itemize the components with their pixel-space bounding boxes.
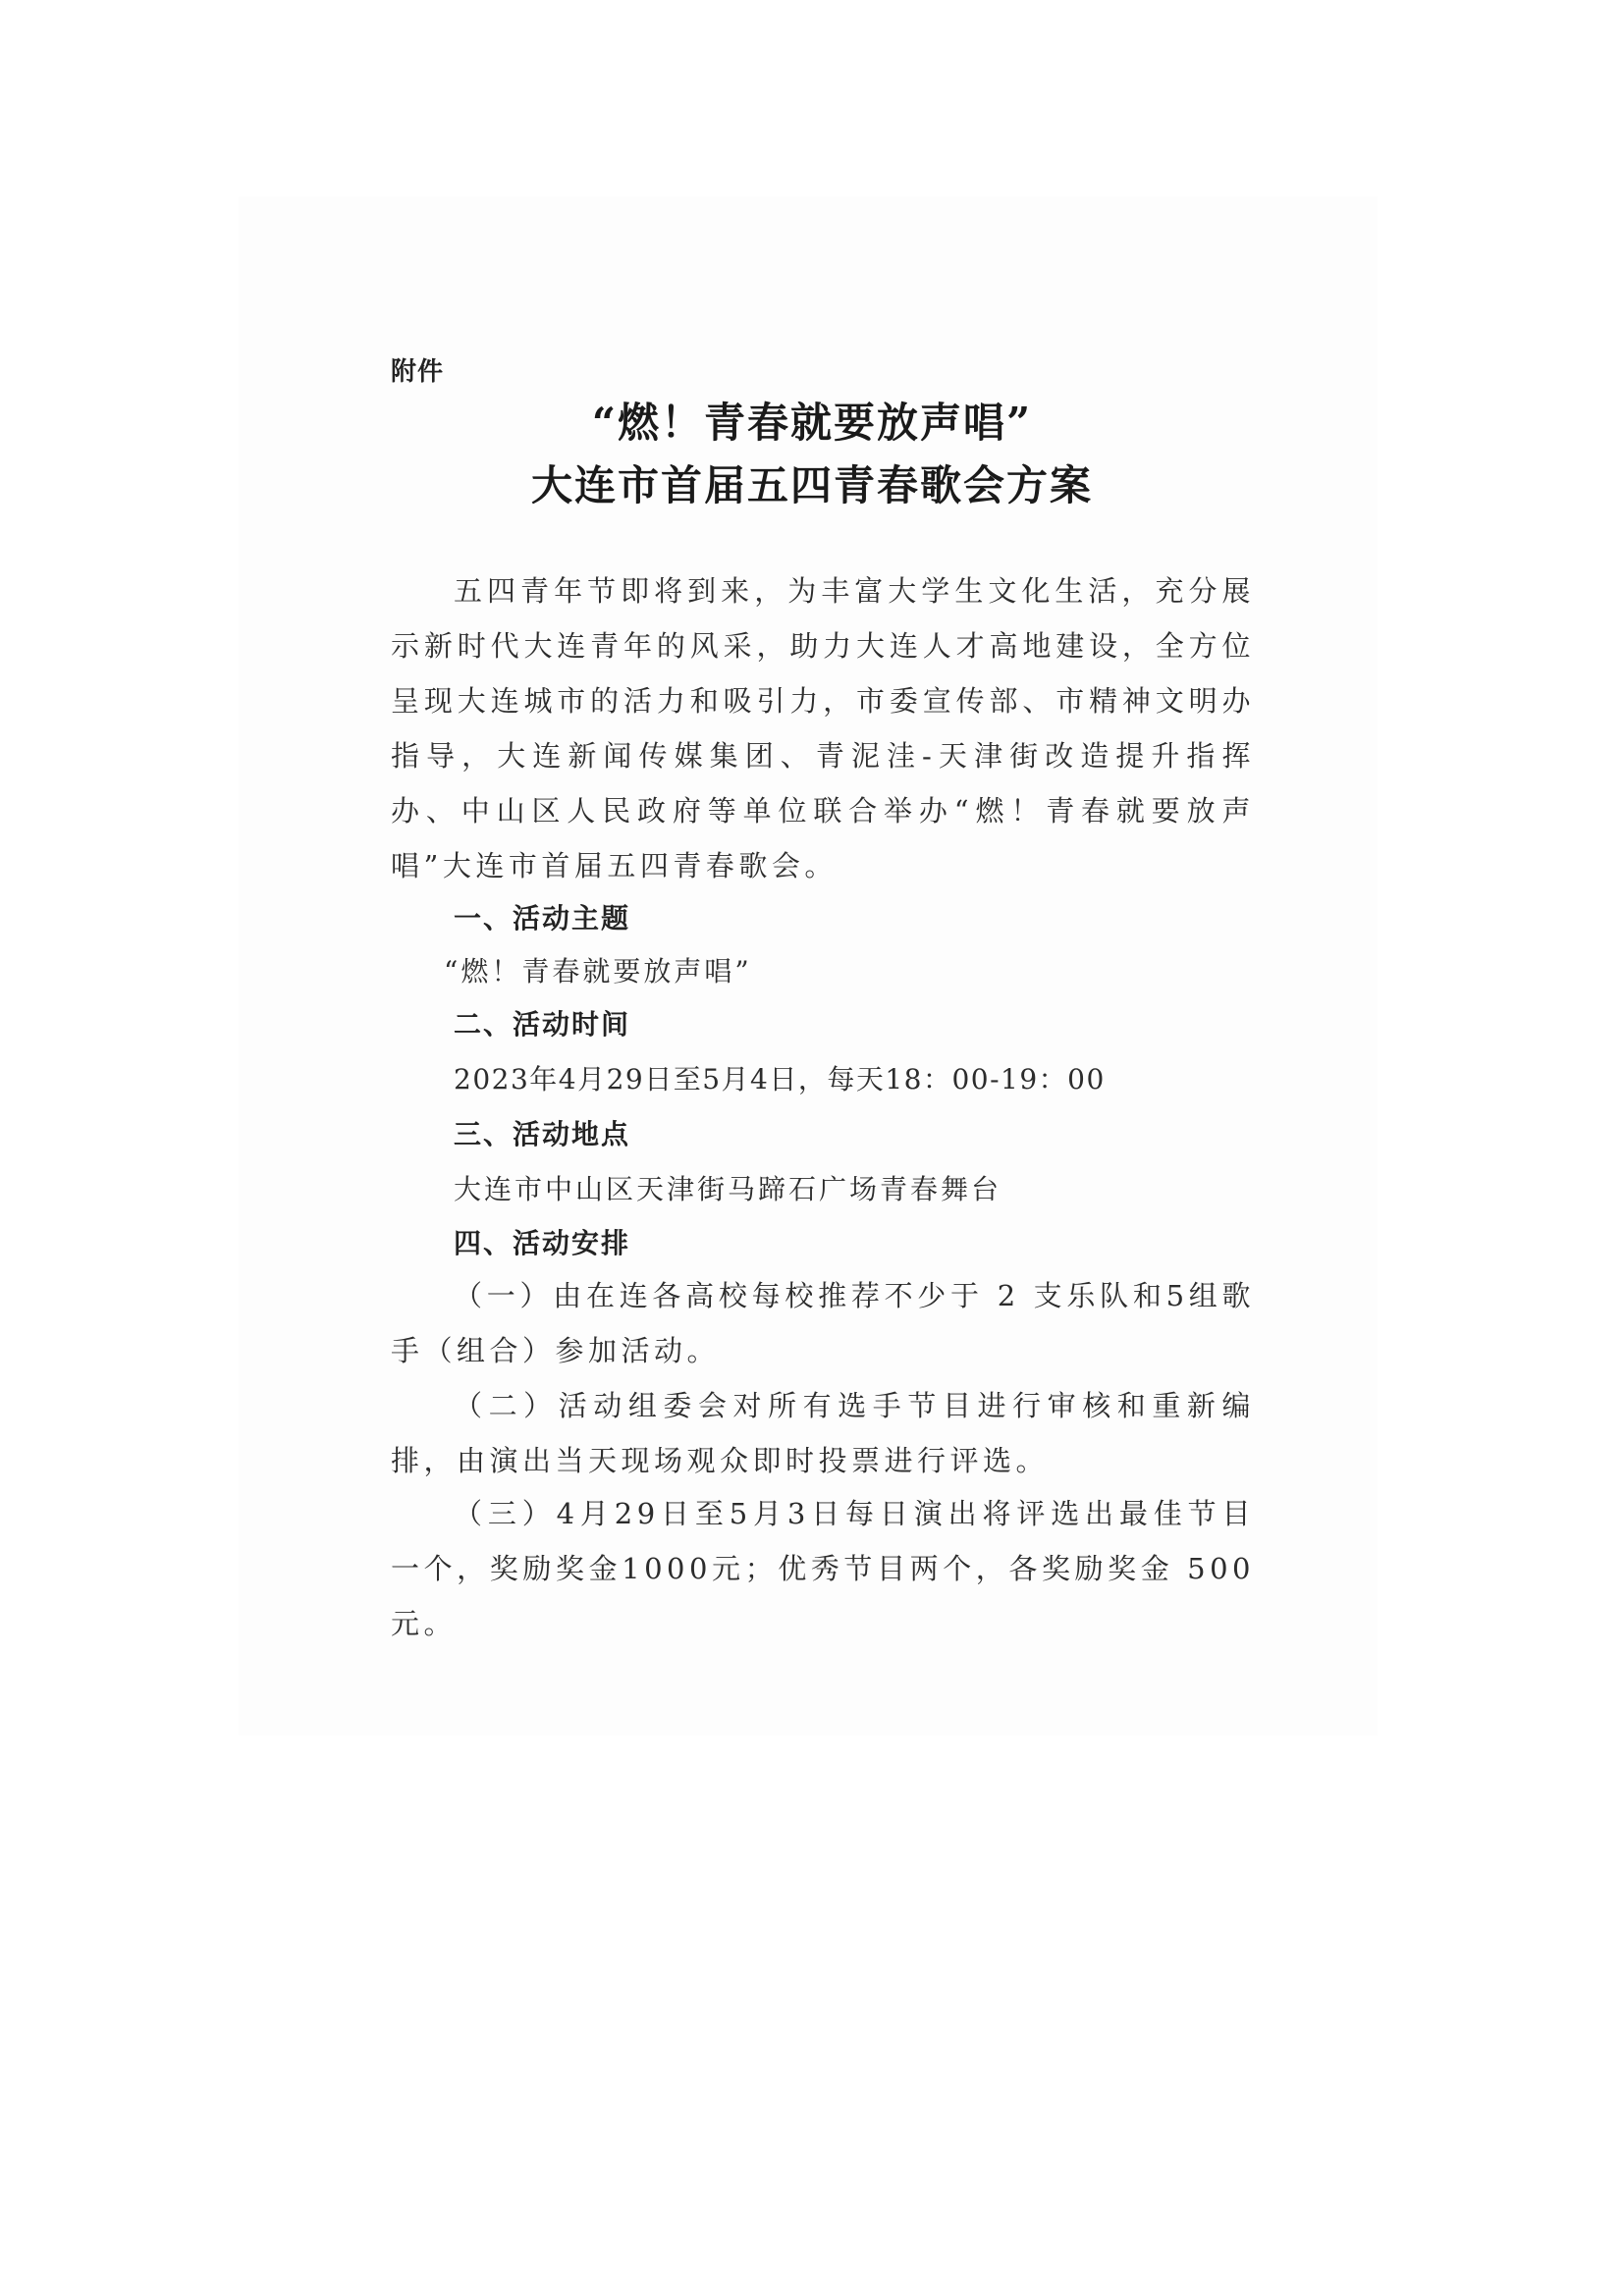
section-heading-time: 二、活动时间: [454, 1003, 630, 1042]
section-content-theme: “燃！青春就要放声唱”: [444, 950, 752, 989]
attachment-label: 附件: [391, 351, 444, 388]
section-heading-theme: 一、活动主题: [454, 897, 630, 936]
section-heading-location: 三、活动地点: [454, 1113, 630, 1152]
section-heading-arrangement: 四、活动安排: [454, 1222, 630, 1261]
section-content-time: 2023年4月29日至5月4日，每天18：00-19：00: [454, 1058, 1106, 1097]
document-title-line2: 大连市首届五四青春歌会方案: [0, 454, 1624, 512]
document-title-line1: “燃！青春就要放声唱”: [0, 391, 1624, 450]
arrangement-item-2: （二）活动组委会对所有选手节目进行审核和重新编排，由演出当天现场观众即时投票进行…: [391, 1378, 1255, 1488]
arrangement-item-3: （三）4月29日至5月3日每日演出将评选出最佳节目一个，奖励奖金1000元；优秀…: [391, 1486, 1255, 1651]
section-content-location: 大连市中山区天津街马蹄石广场青春舞台: [454, 1168, 1001, 1207]
intro-paragraph: 五四青年节即将到来，为丰富大学生文化生活，充分展示新时代大连青年的风采，助力大连…: [391, 563, 1255, 893]
arrangement-item-1: （一）由在连各高校每校推荐不少于 2 支乐队和5组歌手（组合）参加活动。: [391, 1268, 1255, 1378]
